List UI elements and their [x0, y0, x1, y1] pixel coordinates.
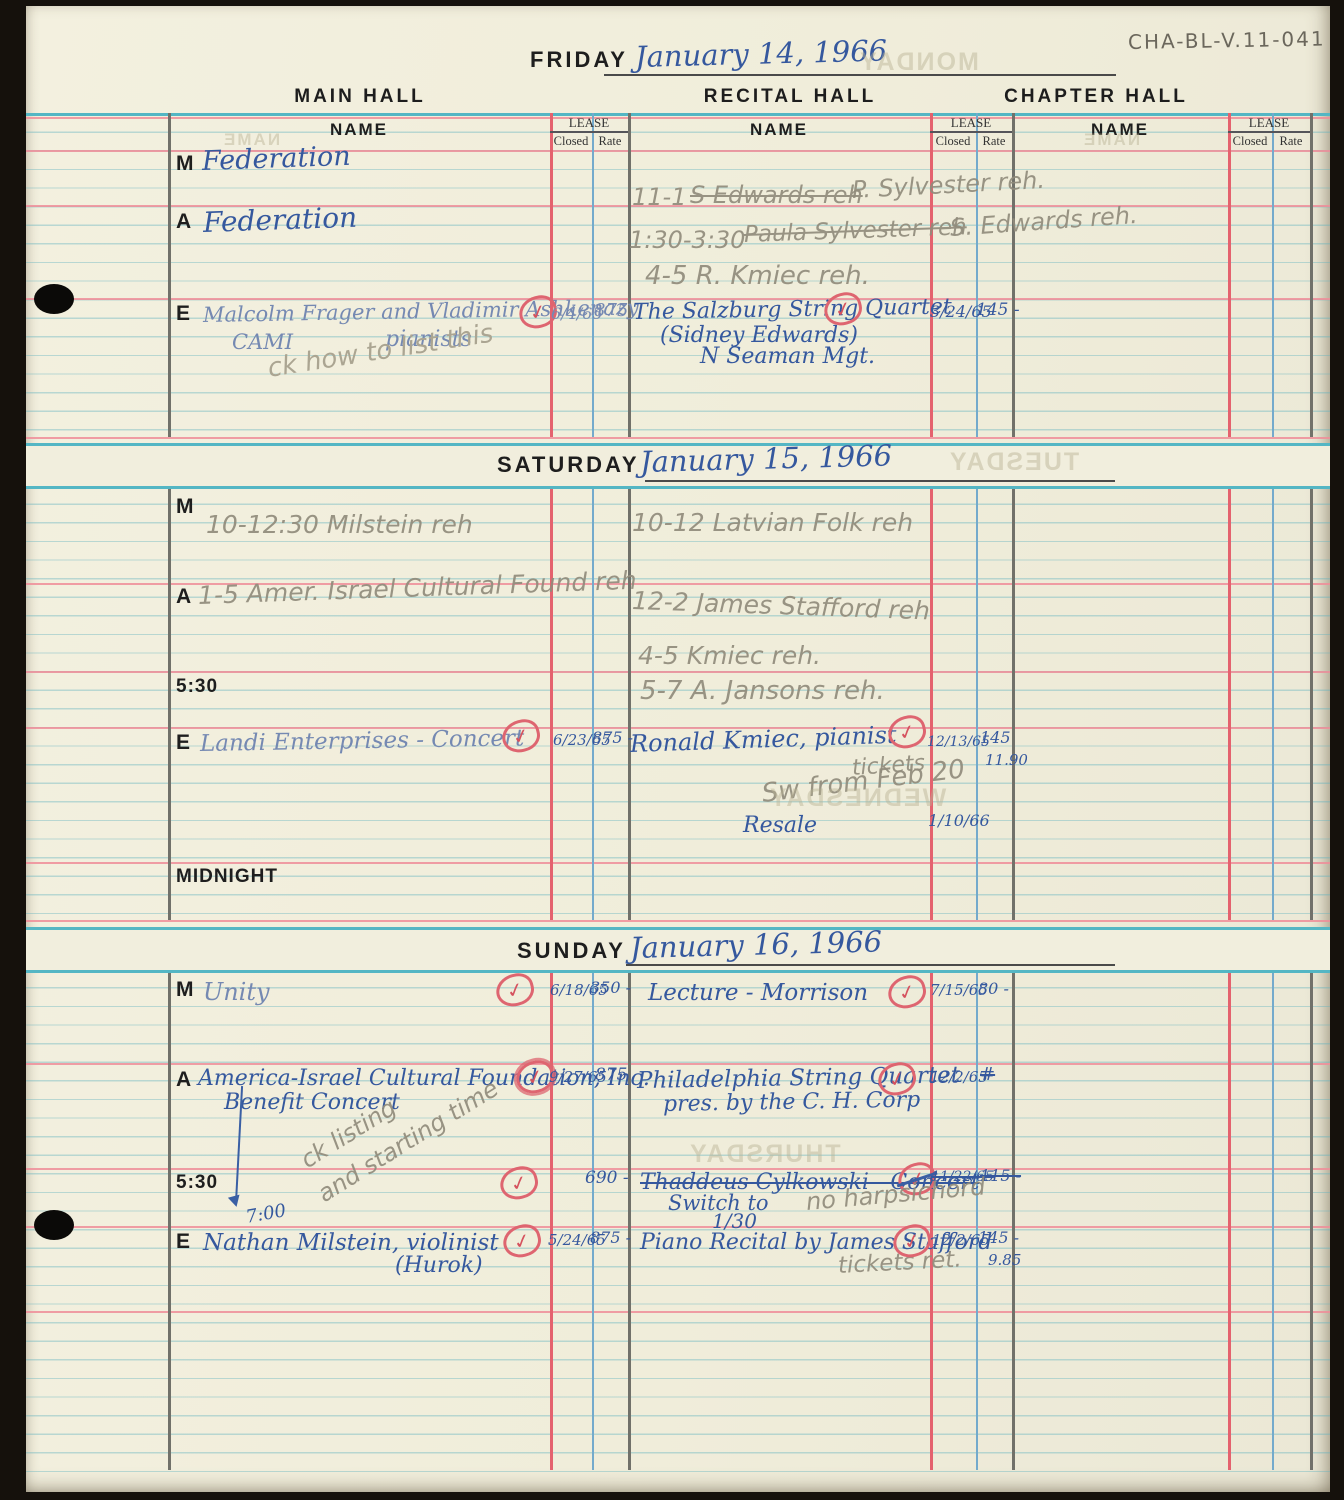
- day-date-sunday: January 16, 1966: [630, 924, 883, 965]
- handwritten-entry: 11.90: [985, 751, 1028, 769]
- lease-header: LEASE: [569, 115, 609, 131]
- handwritten-entry: N Seaman Mgt.: [700, 344, 875, 369]
- handwritten-entry: 875: [595, 1065, 627, 1085]
- day-date-saturday: January 15, 1966: [640, 438, 893, 479]
- lease-header-rule: [1228, 131, 1310, 133]
- time-label-5:30: 5:30: [176, 1172, 218, 1194]
- name-header: NAME: [330, 120, 388, 140]
- handwritten-entry: (Hurok): [395, 1253, 483, 1278]
- handwritten-entry: Lecture - Morrison: [648, 980, 868, 1006]
- name-header: NAME: [750, 120, 808, 140]
- table-top-border: [26, 113, 1330, 116]
- handwritten-entry: 875 -: [590, 1228, 631, 1247]
- row-divider: [26, 1063, 1330, 1065]
- column-rule: [1228, 113, 1231, 437]
- column-rule: [168, 489, 171, 920]
- column-rule: [1310, 973, 1313, 1470]
- column-rule: [930, 113, 933, 437]
- time-label-m: M: [176, 152, 195, 176]
- handwritten-entry: 10-12:30 Milstein reh: [206, 510, 473, 539]
- rate-header: Rate: [983, 134, 1006, 149]
- closed-header: Closed: [1233, 134, 1268, 149]
- row-divider: [26, 671, 1330, 673]
- time-label-e: E: [176, 302, 191, 326]
- handwritten-entry: 9.85: [988, 1251, 1021, 1269]
- row-divider: [26, 1226, 1330, 1228]
- column-rule: [592, 113, 594, 437]
- time-label-a: A: [176, 1068, 192, 1092]
- rate-header: Rate: [1280, 134, 1303, 149]
- lease-header-rule: [550, 131, 628, 133]
- row-divider: [26, 1311, 1330, 1313]
- column-rule: [592, 973, 594, 1470]
- lease-header-rule: [930, 131, 1012, 133]
- handwritten-entry: Resale: [743, 813, 817, 838]
- bleed-through-text: NAME: [1082, 130, 1140, 150]
- lease-header: LEASE: [1249, 115, 1289, 131]
- archive-code-annotation: CHA-BL-V.11-041: [1128, 27, 1326, 54]
- row-divider: [26, 862, 1330, 864]
- column-rule: [1310, 489, 1313, 920]
- column-rule: [1310, 113, 1313, 437]
- row-divider: [26, 920, 1330, 922]
- bleed-through-text: NAME: [222, 130, 280, 150]
- column-rule: [550, 489, 553, 920]
- handwritten-entry: 1/10/66: [928, 811, 990, 830]
- handwritten-entry: 1:30-3:30: [629, 226, 745, 254]
- handwritten-entry: 145 -: [976, 300, 1020, 320]
- handwritten-entry: 10-12 Latvian Folk reh: [632, 508, 913, 537]
- date-underline-saturday: [645, 480, 1115, 482]
- column-rule: [930, 489, 933, 920]
- document-scan: CHA-BL-V.11-041 MAIN HALL RECITAL HALL C…: [0, 0, 1344, 1500]
- time-label-midnight: MIDNIGHT: [176, 866, 278, 888]
- handwritten-entry: 5-7 A. Jansons reh.: [640, 676, 885, 706]
- date-underline-sunday: [626, 964, 1115, 966]
- scan-background: { "meta": { "archive_code": "CHA-BL-V.11…: [0, 0, 1344, 1500]
- column-rule: [1012, 973, 1015, 1470]
- handwritten-entry: 145: [980, 728, 1011, 747]
- column-rule: [168, 113, 171, 437]
- closed-header: Closed: [554, 134, 589, 149]
- column-rule: [1272, 113, 1274, 437]
- rate-header: Rate: [599, 134, 622, 149]
- handwritten-entry: S Edwards reh: [690, 181, 863, 209]
- handwritten-entry: 145 -: [978, 1228, 1019, 1247]
- column-rule: [1228, 973, 1231, 1470]
- day-label-sunday: SUNDAY: [517, 938, 626, 964]
- handwritten-entry: #: [980, 1064, 995, 1085]
- column-rule: [1228, 489, 1231, 920]
- day-label-friday: FRIDAY: [530, 47, 628, 73]
- column-rule: [1012, 113, 1015, 437]
- column-rule: [628, 113, 631, 437]
- time-label-m: M: [176, 495, 195, 519]
- handwritten-entry: pres. by the C. H. Corp: [663, 1088, 921, 1117]
- column-rule: [550, 113, 553, 437]
- time-label-e: E: [176, 1230, 191, 1254]
- column-rule: [976, 113, 978, 437]
- column-rule: [930, 973, 933, 1470]
- punch-hole-bottom: [34, 1210, 74, 1240]
- time-label-5:30: 5:30: [176, 676, 218, 698]
- column-rule: [976, 489, 978, 920]
- ledger-page: CHA-BL-V.11-041 MAIN HALL RECITAL HALL C…: [26, 6, 1330, 1492]
- handwritten-entry: 11-1: [632, 183, 686, 211]
- day-date-friday: January 14, 1966: [635, 33, 888, 74]
- time-label-m: M: [176, 978, 195, 1002]
- row-divider: [26, 437, 1330, 439]
- bleed-through-text: TUESDAY: [948, 448, 1079, 477]
- chapter-hall-title: CHAPTER HALL: [966, 86, 1226, 108]
- bleed-through-text: THURSDAY: [688, 1140, 841, 1169]
- time-label-a: A: [176, 585, 192, 609]
- column-rule: [550, 973, 553, 1470]
- column-rule: [628, 973, 631, 1470]
- handwritten-entry: 875: [594, 300, 628, 321]
- column-rule: [976, 973, 978, 1470]
- punch-hole-top: [34, 284, 74, 314]
- time-label-e: E: [176, 731, 191, 755]
- handwritten-entry: 690 -: [585, 1168, 629, 1188]
- main-hall-title: MAIN HALL: [230, 86, 490, 108]
- column-rule: [592, 489, 594, 920]
- handwritten-entry: 350 -: [590, 978, 631, 997]
- column-rule: [1272, 489, 1274, 920]
- table-top-accent: [26, 117, 1330, 119]
- recital-hall-title: RECITAL HALL: [660, 86, 920, 108]
- handwritten-entry: 4-5 Kmiec reh.: [638, 641, 821, 670]
- column-rule: [1272, 973, 1274, 1470]
- time-label-a: A: [176, 210, 192, 234]
- column-rule: [628, 489, 631, 920]
- handwritten-entry: 875 -: [592, 728, 633, 747]
- bleed-through-text: WEDNESDAY: [768, 784, 946, 813]
- lease-header: LEASE: [951, 115, 991, 131]
- handwritten-entry: Unity: [203, 978, 270, 1006]
- handwritten-entry: 80 -: [978, 979, 1009, 998]
- column-rule: [1012, 489, 1015, 920]
- handwritten-entry: 4-5 R. Kmiec reh.: [645, 261, 870, 291]
- bleed-through-text: MONDAY: [858, 48, 979, 77]
- column-rule: [168, 973, 171, 1470]
- handwritten-entry: Federation: [202, 201, 357, 239]
- closed-header: Closed: [936, 134, 971, 149]
- day-label-saturday: SATURDAY: [497, 452, 640, 478]
- handwritten-entry: 115 -: [980, 1166, 1021, 1185]
